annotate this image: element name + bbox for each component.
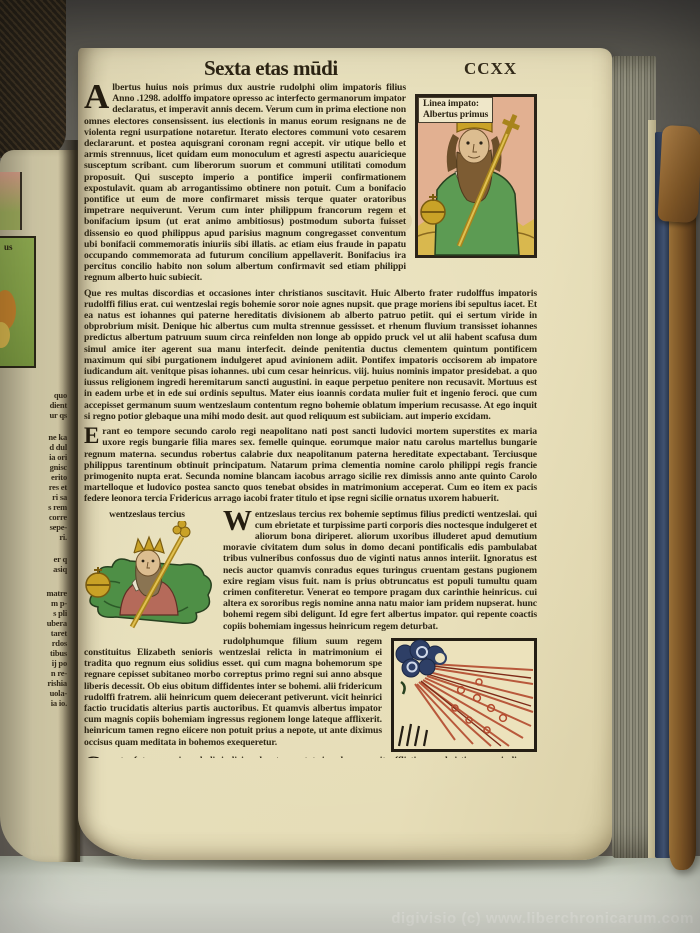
albertus-caption-line1: Linea impato:: [423, 99, 488, 110]
paragraph-albertus-continued: Que res multas discordias et occasiones …: [84, 288, 537, 422]
comet-illustration: [391, 638, 537, 752]
paragraph-text: ometes future maxime cladis indicium hac…: [84, 755, 537, 758]
wentzeslaus-margin-caption: wentzeslaus tercius: [84, 509, 210, 521]
binding-cloth-corner: [0, 0, 66, 158]
facing-page-woodcut-label: us: [4, 242, 13, 252]
dropcap-initial: C: [84, 755, 101, 758]
page-header-title: Sexta etas mūdi: [204, 56, 338, 81]
facing-page-woodcut-fragment-upper: [0, 172, 22, 230]
comet-woodcut: [391, 638, 537, 752]
paragraph-text: Que res multas discordias et occasiones …: [84, 288, 537, 422]
wentzeslaus-king-illustration: [84, 521, 214, 639]
paragraph-text: entzeslaus tercius rex bohemie septimus …: [223, 509, 537, 632]
paragraph-text: rudolphumque filium suum regem constitui…: [84, 636, 382, 748]
paragraph-cometes: Cometes future maxime cladis indicium ha…: [84, 755, 537, 758]
albertus-caption: Linea impato: Albertus primus: [418, 97, 493, 123]
folio-number: CCXX: [464, 59, 517, 79]
paragraph-erant: Erant eo tempore secundo carolo regi nea…: [84, 426, 537, 504]
paragraph-text: rant eo tempore secundo carolo regi neap…: [84, 426, 537, 504]
leather-binding-edge: [669, 128, 696, 870]
recto-page: Sexta etas mūdi CCXX: [78, 48, 612, 860]
watermark-text: digivisio (c) www.liberchronicarum.com: [0, 910, 694, 927]
paragraph-text: lbertus huius nois primus dux austrie ru…: [84, 82, 406, 283]
wentzeslaus-woodcut: wentzeslaus tercius: [84, 509, 216, 643]
albertus-woodcut: Linea impato: Albertus primus: [415, 94, 537, 258]
book-photograph: us quo dient ur qs ne ka d dul ia ori gn…: [0, 0, 700, 933]
dropcap-initial: A: [84, 82, 109, 112]
dropcap-initial: E: [84, 426, 99, 446]
leather-torn-flap: [658, 125, 700, 223]
albertus-caption-line2: Albertus primus: [423, 110, 488, 121]
body-text-block: Linea impato: Albertus primus Albertus h…: [84, 82, 537, 758]
facing-page-woodcut-fragment: [0, 236, 36, 368]
dropcap-initial: W: [223, 509, 252, 533]
